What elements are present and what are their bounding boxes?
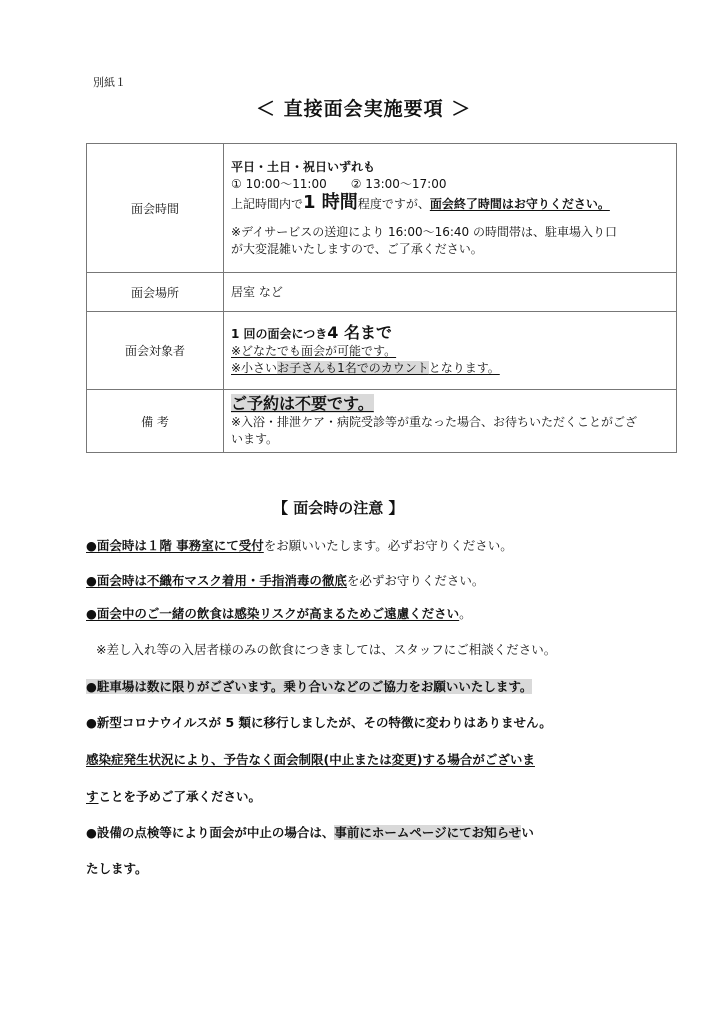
duration-prefix: 上記時間内で	[231, 197, 303, 211]
duration-emphasis: 面会終了時間はお守りください。	[430, 197, 610, 211]
note-reception: ●面会時は１階 事務室にて受付をお願いいたします。必ずお守りください。	[86, 536, 513, 554]
visit-slots: ① 10:00～11:00 ② 13:00～17:00	[231, 176, 670, 193]
table-row-visitors: 面会対象者 1 回の面会につき4 名まで ※どなたでも面会が可能です。 ※小さい…	[87, 312, 677, 390]
note-parking-text: ●駐車場は数に限りがございます。乗り合いなどのご協力をお願いいたします。	[86, 679, 532, 694]
note-highlight: 事前にホームページにてお知らせ	[334, 825, 521, 840]
duration-mid: 程度ですが、	[358, 197, 430, 211]
visit-info-table: 面会時間 平日・土日・祝日いずれも ① 10:00～11:00 ② 13:00～…	[86, 143, 677, 453]
row-label: 面会場所	[87, 273, 224, 312]
row-value: 1 回の面会につき4 名まで ※どなたでも面会が可能です。 ※小さいお子さんも1…	[224, 312, 677, 390]
note-covid: ●新型コロナウイルスが 5 類に移行しましたが、その特徴に変わりはありません。	[86, 713, 552, 731]
table-row-remarks: 備 考 ご予約は不要です。 ※入浴・排泄ケア・病院受診等が重なった場合、お待ちい…	[87, 390, 677, 453]
row-value: 平日・土日・祝日いずれも ① 10:00～11:00 ② 13:00～17:00…	[224, 144, 677, 273]
note-rest: をお願いいたします。必ずお守りください。	[264, 538, 513, 553]
visitor-note-1: ※どなたでも面会が可能です。	[231, 343, 670, 360]
note-restriction-line1: 感染症発生状況により、予告なく面会制限(中止または変更)する場合がございま	[86, 750, 535, 768]
note-emphasis: ●面会時は不織布マスク着用・手指消毒の徹底	[86, 573, 347, 588]
page-title: ＜ 直接面会実施要項 ＞	[256, 94, 471, 121]
note-rest: 。	[459, 606, 472, 621]
dayservice-note-2: が大変混雑いたしますので、ご了承ください。	[231, 241, 670, 258]
note-inspection-line2: たします。	[86, 859, 148, 877]
note-rest: を必ずお守りください。	[347, 573, 485, 588]
visit-place-value: 居室 など	[224, 273, 677, 312]
note-part-a: ●設備の点検等により面会が中止の場合は、	[86, 825, 334, 840]
dayservice-note-1: ※デイサービスの送迎により 16:00～16:40 の時間帯は、駐車場入り口	[231, 224, 670, 241]
note-emphasis: す	[86, 789, 99, 804]
duration-big: 1 時間	[303, 192, 358, 213]
note2-c: となります。	[429, 361, 500, 375]
note2-a: ※小さい	[231, 361, 277, 375]
table-row-visit-place: 面会場所 居室 など	[87, 273, 677, 312]
annex-label: 別紙１	[93, 74, 126, 90]
visitor-limit: 1 回の面会につき4 名まで	[231, 324, 670, 343]
visit-duration: 上記時間内で1 時間程度ですが、面会終了時間はお守りください。	[231, 193, 670, 214]
note-restriction-line2: すことを予めご了承ください。	[86, 787, 261, 805]
section-title: 【 面会時の注意 】	[273, 497, 403, 518]
row-label: 面会時間	[87, 144, 224, 273]
remarks-note-2: います。	[231, 431, 670, 448]
limit-big: 4 名まで	[327, 323, 392, 342]
note-rest: ことを予めご了承ください。	[99, 789, 262, 804]
note-parking: ●駐車場は数に限りがございます。乗り合いなどのご協力をお願いいたします。	[86, 677, 532, 695]
note-eating-sub: ※差し入れ等の入居者様のみの飲食につきましては、スタッフにご相談ください。	[96, 640, 556, 658]
row-value: ご予約は不要です。 ※入浴・排泄ケア・病院受診等が重なった場合、お待ちいただくこ…	[224, 390, 677, 453]
note-eating: ●面会中のご一緒の飲食は感染リスクが高まるためご遠慮ください。	[86, 604, 472, 622]
note-emphasis: ●面会時は１階 事務室にて受付	[86, 538, 264, 553]
row-label: 備 考	[87, 390, 224, 453]
table-row-visit-time: 面会時間 平日・土日・祝日いずれも ① 10:00～11:00 ② 13:00～…	[87, 144, 677, 273]
note-part-c: い	[521, 825, 534, 840]
limit-prefix: 1 回の面会につき	[231, 327, 327, 341]
note-inspection-line1: ●設備の点検等により面会が中止の場合は、事前にホームページにてお知らせい	[86, 823, 534, 841]
note-mask: ●面会時は不織布マスク着用・手指消毒の徹底を必ずお守りください。	[86, 571, 484, 589]
note2-highlight: お子さんも1名でのカウント	[277, 361, 429, 375]
note-emphasis: ●面会中のご一緒の飲食は感染リスクが高まるためご遠慮ください	[86, 606, 459, 621]
visit-days: 平日・土日・祝日いずれも	[231, 159, 670, 176]
row-label: 面会対象者	[87, 312, 224, 390]
visitor-note-2: ※小さいお子さんも1名でのカウントとなります。	[231, 360, 670, 377]
remarks-note-1: ※入浴・排泄ケア・病院受診等が重なった場合、お待ちいただくことがござ	[231, 414, 670, 431]
no-reservation-headline: ご予約は不要です。	[231, 394, 374, 413]
